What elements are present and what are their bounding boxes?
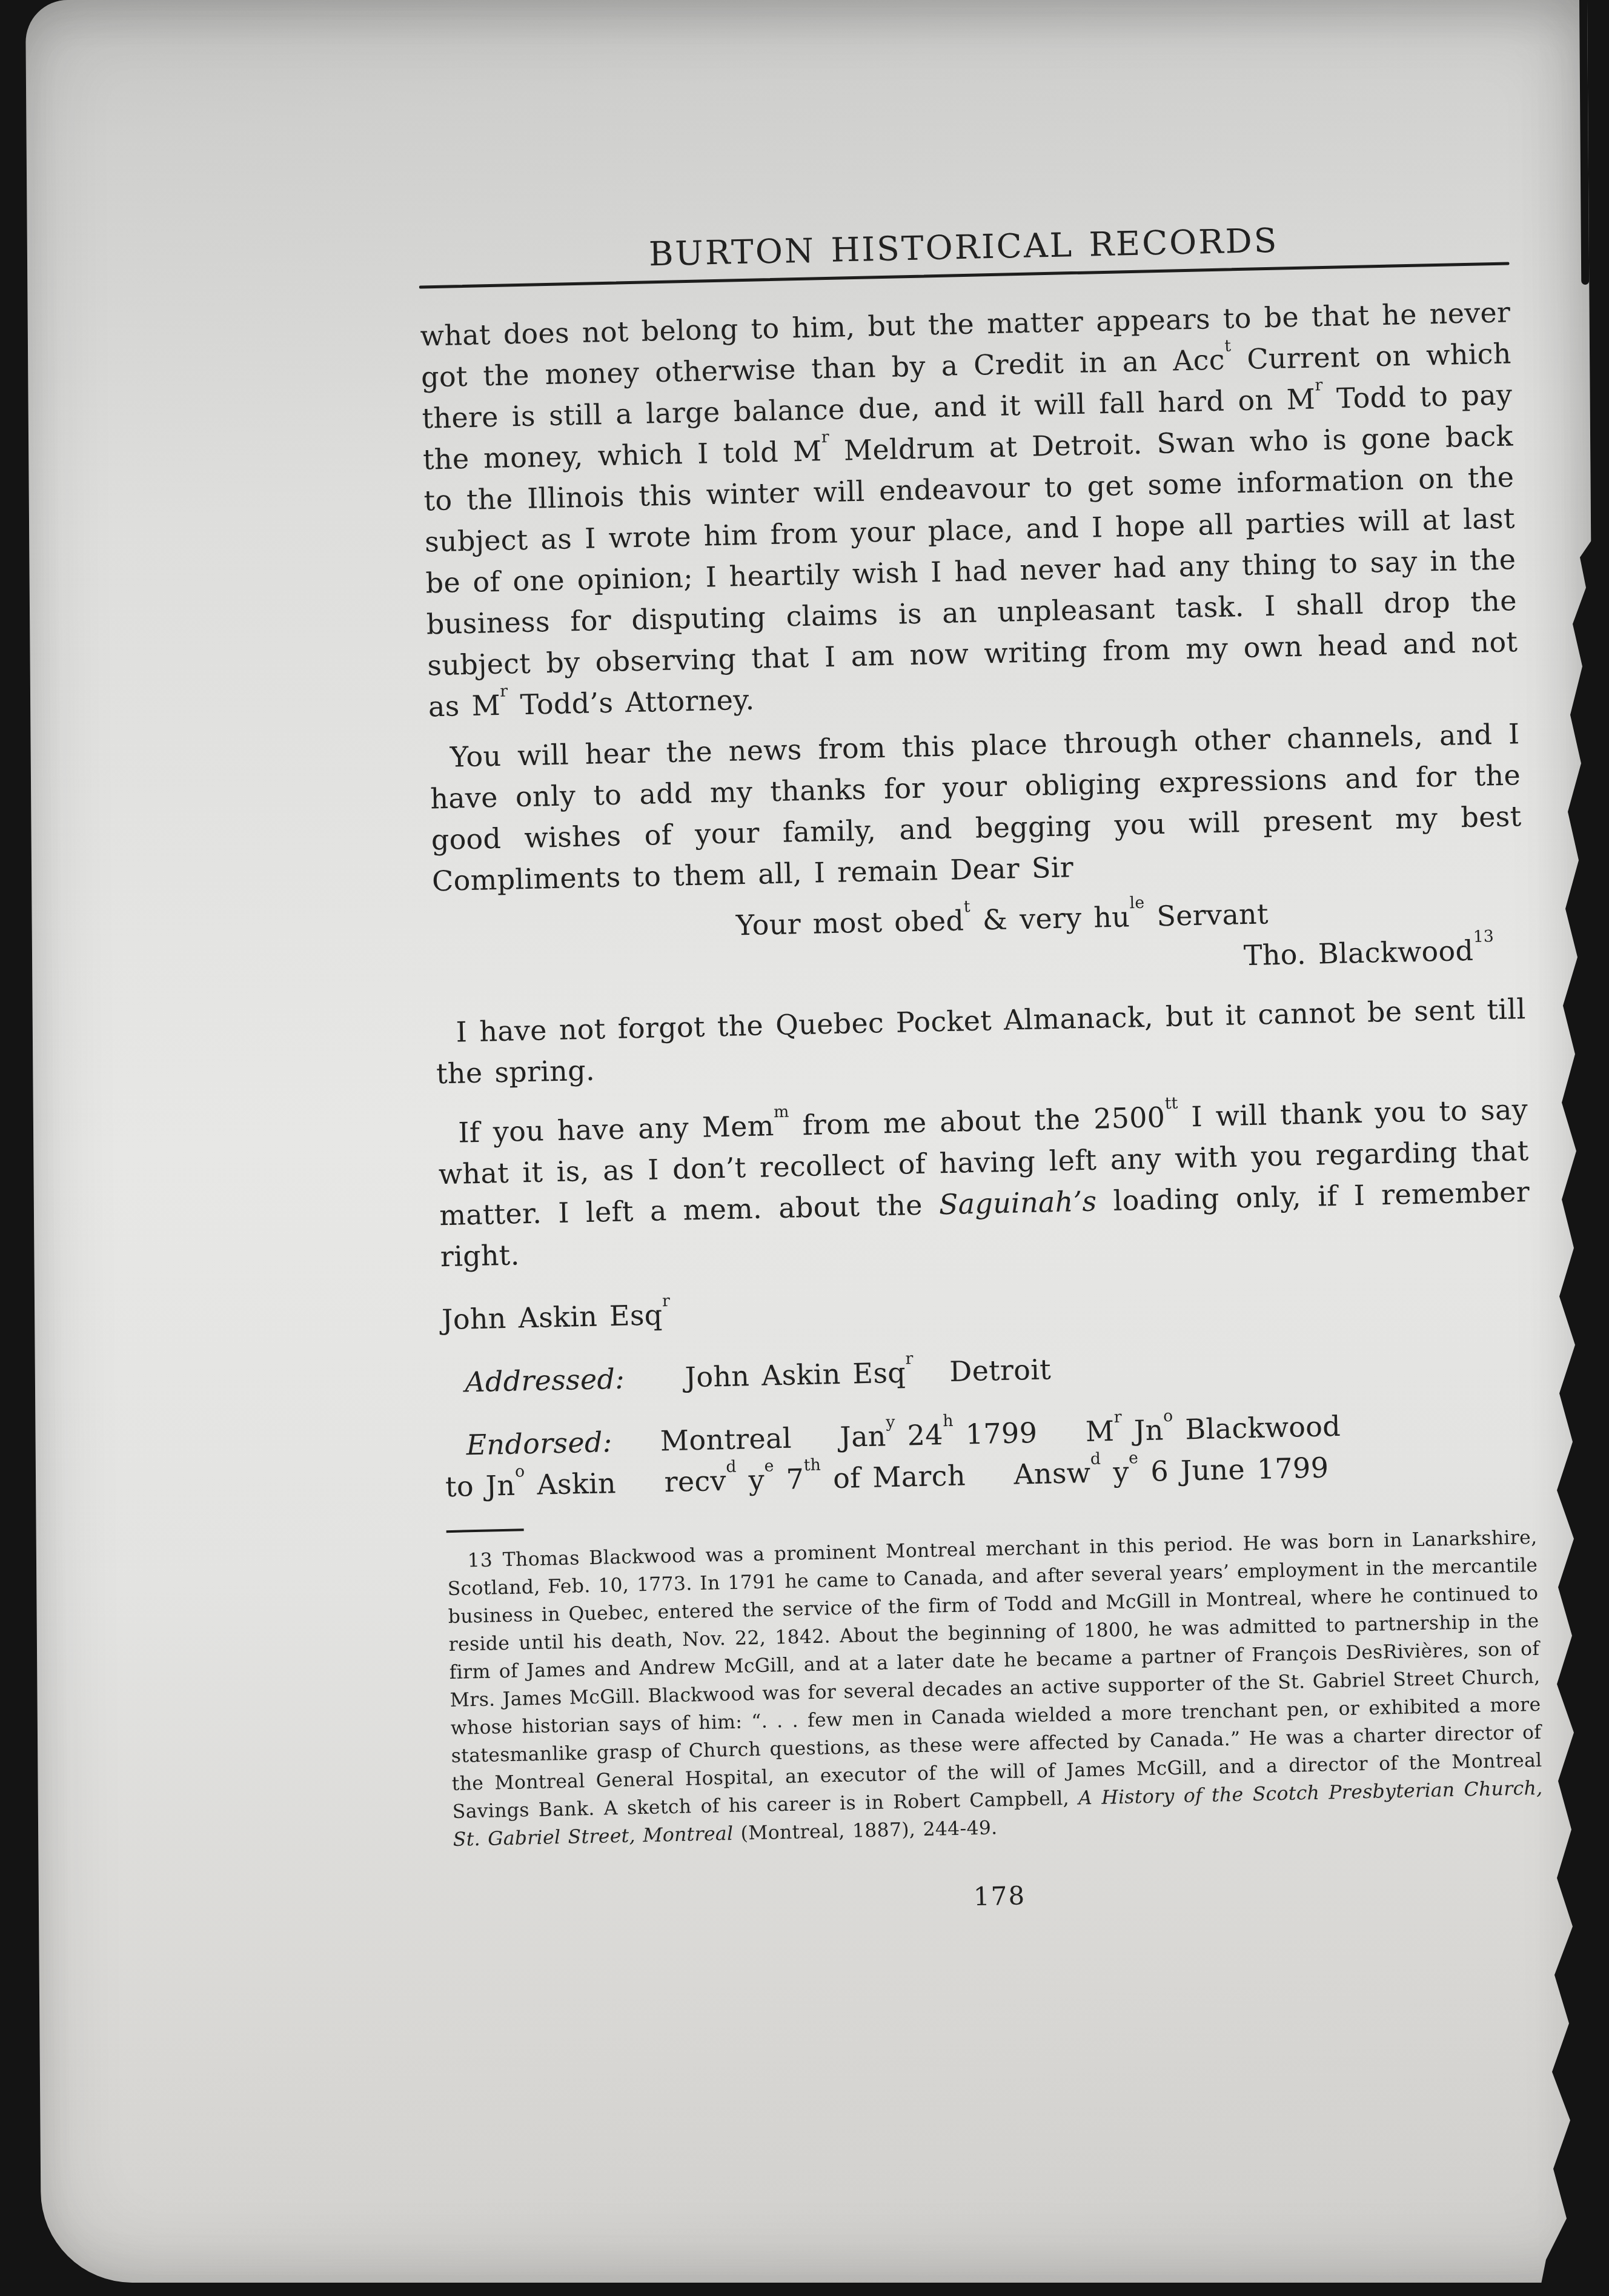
footnote-13: 13Thomas Blackwood was a prominent Montr… <box>446 1524 1544 1854</box>
footnote-number: 13 <box>467 1549 493 1571</box>
page-content: BURTON HISTORICAL RECORDS what does not … <box>418 217 1545 1929</box>
letter-postscript-1: I have not forgot the Quebec Pocket Alma… <box>435 988 1527 1094</box>
letter-paragraph-2: You will hear the news from this place t… <box>429 713 1523 901</box>
addressed-line: Addressed: John Askin Esqr Detroit <box>443 1338 1534 1403</box>
letter-paragraph-1: what does not belong to him, but the mat… <box>420 291 1519 727</box>
footnote-text: Thomas Blackwood was a prominent Montrea… <box>447 1527 1542 1851</box>
addressee-line: John Askin Esqr <box>441 1275 1532 1340</box>
scanner-background: { "page": { "running_head": "BURTON HIST… <box>0 0 1609 2296</box>
footnote-rule <box>446 1528 524 1533</box>
torn-page-edge <box>1514 0 1609 2296</box>
letter-postscript-2: If you have any Memm from me about the 2… <box>437 1089 1531 1277</box>
